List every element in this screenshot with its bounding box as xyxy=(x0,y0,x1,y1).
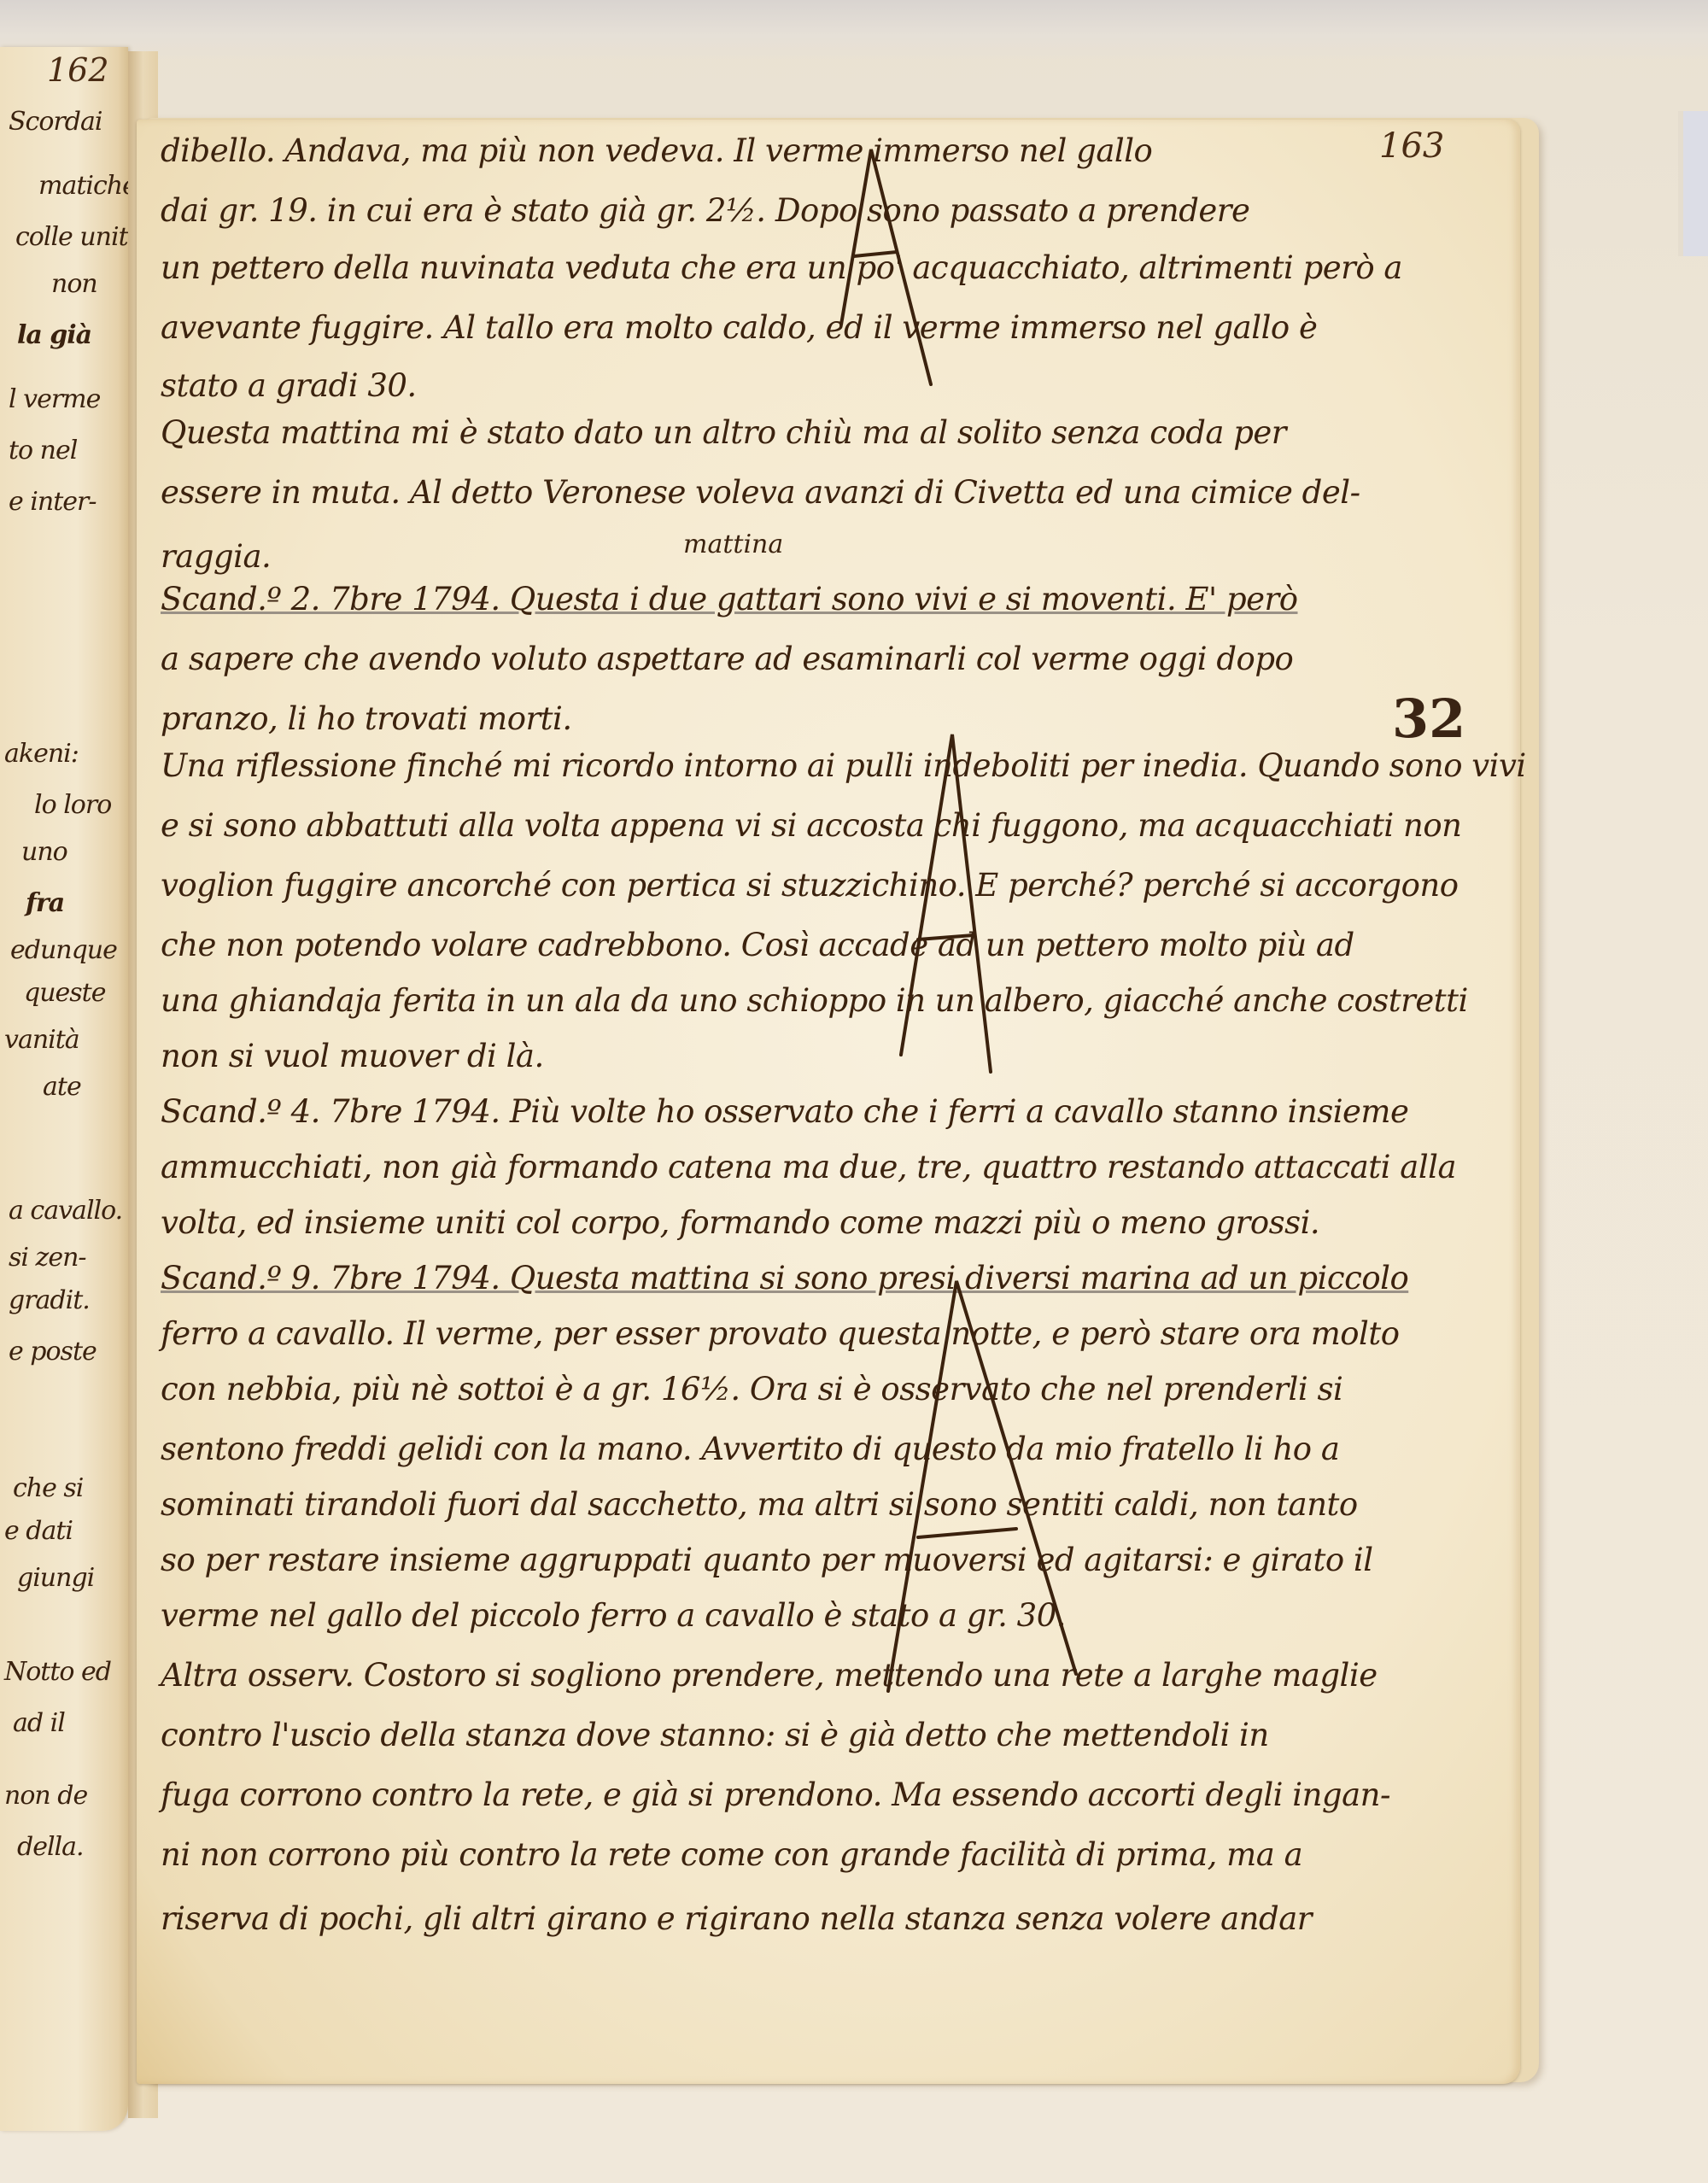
text-line: riserva di pochi, gli altri girano e rig… xyxy=(161,1900,1312,1937)
margin-fragment: e dati xyxy=(4,1516,73,1546)
text-line: con nebbia, più nè sottoi è a gr. 16½. O… xyxy=(161,1371,1342,1408)
left-page: 162 Scordai matiche colle unit non la gi… xyxy=(0,47,128,2131)
margin-fragment: Notto ed xyxy=(4,1657,111,1687)
text-line: fuga corrono contro la rete, e già si pr… xyxy=(161,1776,1390,1813)
entry-date-line: Scand.º 4. 7bre 1794. Più volte ho osser… xyxy=(161,1093,1408,1130)
top-shadow xyxy=(0,0,1708,60)
margin-fragment: ad il xyxy=(13,1708,65,1738)
text-line: a sapere che avendo voluto aspettare ad … xyxy=(161,641,1293,677)
margin-fragment: edunque xyxy=(10,935,117,965)
text-line: Questa mattina mi è stato dato un altro … xyxy=(161,414,1286,451)
margin-fragment: akeni: xyxy=(4,739,79,769)
text-line: sominati tirandoli fuori dal sacchetto, … xyxy=(161,1486,1358,1523)
right-page: 163 32 mattina dibello. Andava, ma più n… xyxy=(137,120,1520,2084)
margin-fragment: vanità xyxy=(4,1025,79,1055)
margin-fragment: a cavallo. xyxy=(9,1196,122,1226)
blue-paper-tab xyxy=(1678,111,1708,256)
text-line: dai gr. 19. in cui era è stato già gr. 2… xyxy=(161,192,1249,229)
margin-fragment: la già xyxy=(17,320,91,350)
interlinear-insert: mattina xyxy=(683,530,783,559)
margin-fragment: che si xyxy=(13,1473,83,1503)
margin-fragment: non xyxy=(51,269,97,299)
text-line: pranzo, li ho trovati morti. xyxy=(161,700,572,737)
margin-fragment: lo loro xyxy=(34,790,111,820)
margin-fragment: to nel xyxy=(9,436,77,465)
text-line: avevante fuggire. Al tallo era molto cal… xyxy=(161,309,1317,346)
margin-fragment: non de xyxy=(4,1781,87,1811)
text-line: raggia. xyxy=(161,538,271,575)
text-line: contro l'uscio della stanza dove stanno:… xyxy=(161,1717,1269,1753)
margin-fragment: ate xyxy=(43,1072,81,1102)
text-line: ammucchiati, non già formando catena ma … xyxy=(161,1149,1456,1185)
text-line: che non potendo volare cadrebbono. Così … xyxy=(161,927,1354,963)
margin-fragment: gradit. xyxy=(9,1285,90,1315)
margin-fragment: queste xyxy=(24,978,105,1008)
text-line: dibello. Andava, ma più non vedeva. Il v… xyxy=(161,132,1152,169)
text-line: voglion fuggire ancorché con pertica si … xyxy=(161,867,1459,904)
text-line: so per restare insieme aggruppati quanto… xyxy=(161,1542,1373,1578)
margin-fragment: si zen- xyxy=(9,1243,86,1273)
text-line: ferro a cavallo. Il verme, per esser pro… xyxy=(161,1315,1400,1352)
text-line: sentono freddi gelidi con la mano. Avver… xyxy=(161,1431,1339,1467)
text-line: Una riflessione finché mi ricordo intorn… xyxy=(161,747,1526,784)
text-line: e si sono abbattuti alla volta appena vi… xyxy=(161,807,1461,844)
margin-fragment: e inter- xyxy=(9,487,97,517)
text-line: verme nel gallo del piccolo ferro a cava… xyxy=(161,1597,1066,1634)
margin-fragment: colle unit xyxy=(15,222,128,252)
text-line: essere in muta. Al detto Veronese voleva… xyxy=(161,474,1360,511)
text-line: stato a gradi 30. xyxy=(161,367,417,404)
text-line: non si vuol muover di là. xyxy=(161,1038,544,1074)
text-line: una ghiandaja ferita in un ala da uno sc… xyxy=(161,982,1468,1019)
margin-fragment: della. xyxy=(17,1832,84,1862)
margin-fragment: l verme xyxy=(9,384,100,414)
text-line: ni non corrono più contro la rete come c… xyxy=(161,1836,1302,1873)
folio-number: 163 xyxy=(1379,126,1444,166)
margin-fragment: giungi xyxy=(17,1563,94,1593)
margin-fragment: Scordai xyxy=(9,107,102,137)
left-folio-number: 162 xyxy=(47,51,109,89)
text-line: Altra osserv. Costoro si sogliono prende… xyxy=(161,1657,1378,1694)
margin-fragment: matiche xyxy=(38,171,137,201)
text-line: un pettero della nuvinata veduta che era… xyxy=(161,249,1402,286)
margin-fragment: uno xyxy=(21,837,67,867)
text-line: volta, ed insieme uniti col corpo, forma… xyxy=(161,1204,1319,1241)
page-number: 32 xyxy=(1392,688,1465,750)
entry-date-line: Scand.º 9. 7bre 1794. Questa mattina si … xyxy=(161,1260,1408,1296)
margin-fragment: fra xyxy=(26,888,64,918)
margin-fragment: e poste xyxy=(9,1337,97,1367)
entry-date-line: Scand.º 2. 7bre 1794. Questa i due gatta… xyxy=(161,581,1298,617)
